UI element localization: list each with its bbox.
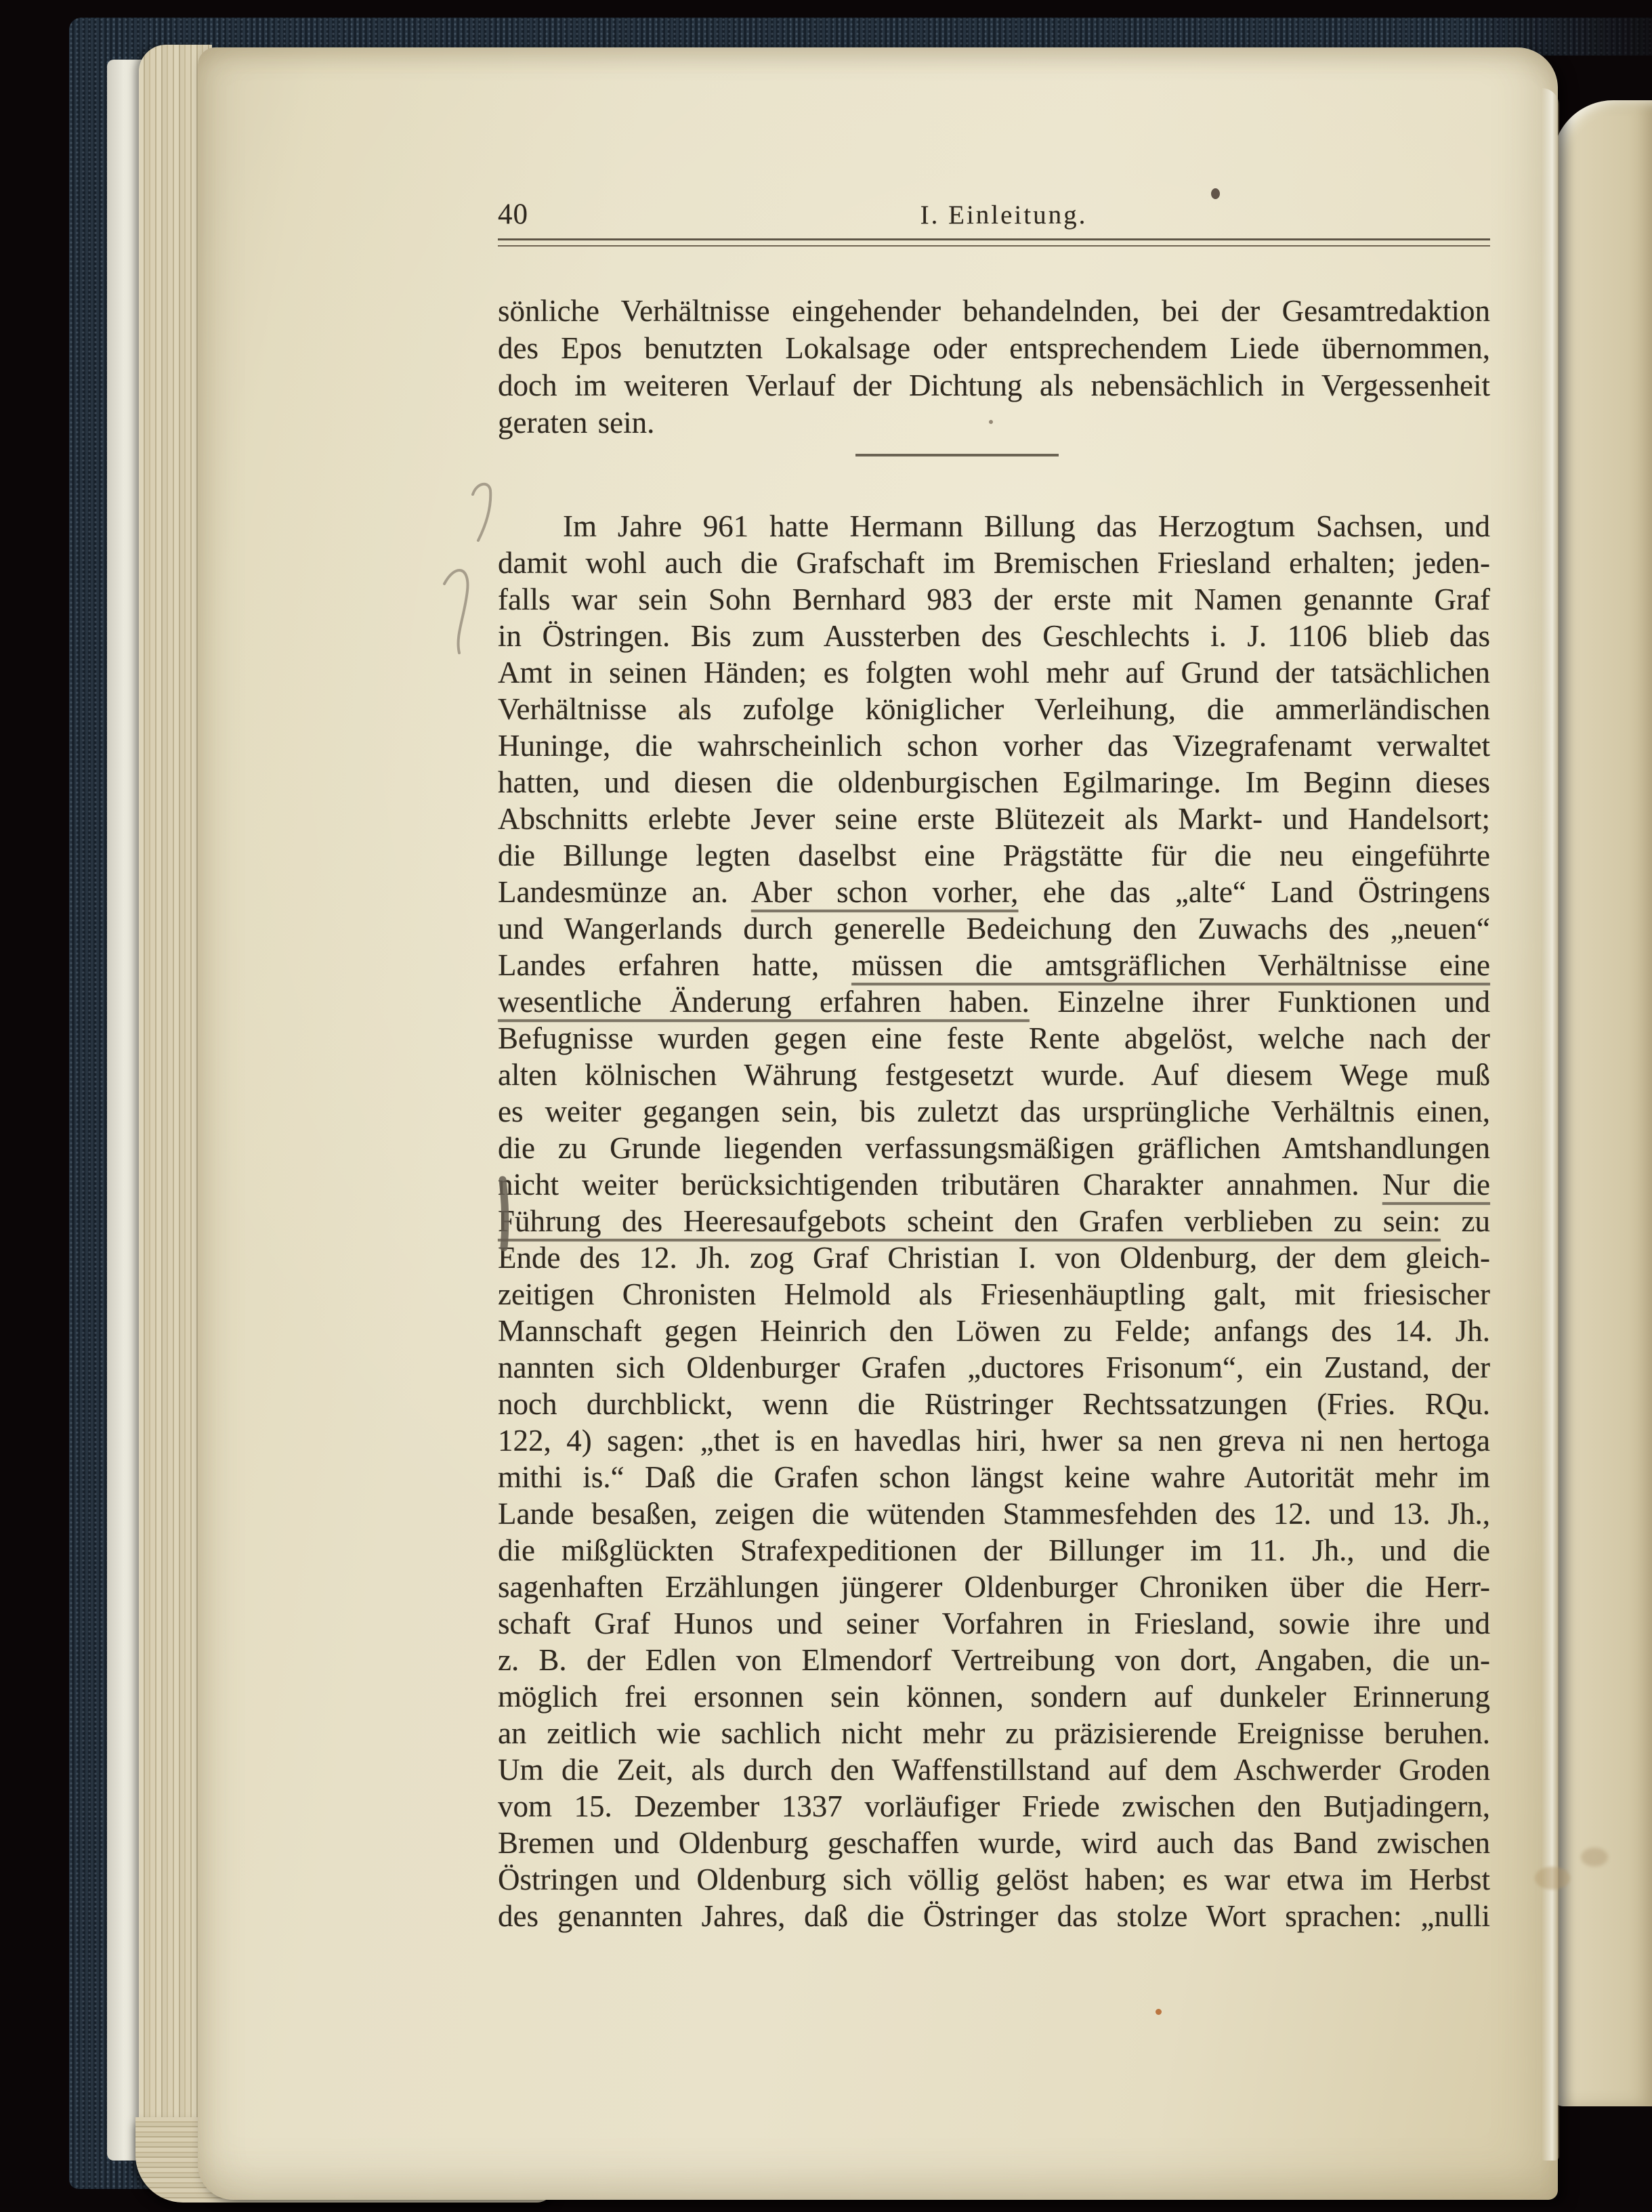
text-line: es weiter gegangen sein, bis zuletzt das… <box>498 1093 1490 1130</box>
text-line: Amt in seinen Händen; es folgten wohl me… <box>498 654 1490 691</box>
printed-text: falls war sein Sohn Bernhard 983 der ers… <box>498 582 1490 616</box>
text-line: möglich frei ersonnen sein können, sonde… <box>498 1678 1490 1715</box>
text-line: des genannten Jahres, daß die Östringer … <box>498 1898 1490 1934</box>
stain <box>1156 2009 1162 2015</box>
printed-text: Abschnitts erlebte Jever seine erste Blü… <box>498 802 1490 836</box>
text-line: nicht weiter berücksichtigenden tributär… <box>498 1166 1490 1203</box>
text-line: schaft Graf Hunos und seiner Vorfahren i… <box>498 1605 1490 1642</box>
pencil-underlined-text: Führung des Heeresaufgebots scheint den … <box>498 1204 1441 1238</box>
printed-text: damit wohl auch die Grafschaft im Bremis… <box>498 546 1490 580</box>
printed-text: Huninge, die wahrscheinlich schon vorher… <box>498 729 1490 763</box>
printed-text: zu <box>1441 1204 1490 1238</box>
printed-text: Mannschaft gegen Heinrich den Löwen zu F… <box>498 1314 1490 1348</box>
text-line: die Billunge legten daselbst eine Prägst… <box>498 837 1490 874</box>
stain <box>989 420 993 424</box>
text-line: falls war sein Sohn Bernhard 983 der ers… <box>498 581 1490 618</box>
printed-text: mithi is.“ Daß die Grafen schon längst k… <box>498 1460 1490 1494</box>
text-line: geraten sein. <box>498 404 1490 442</box>
printed-text: in Östringen. Bis zum Aussterben des Ges… <box>498 619 1490 653</box>
text-line: Abschnitts erlebte Jever seine erste Blü… <box>498 801 1490 837</box>
pencil-underlined-text: wesentliche Änderung erfahren haben. <box>498 985 1030 1019</box>
text-line: Befugnisse wurden gegen eine feste Rente… <box>498 1020 1490 1057</box>
text-line: z. B. der Edlen von Elmendorf Vertreibun… <box>498 1642 1490 1678</box>
text-line: Landes erfahren hatte, müssen die amtsgr… <box>498 947 1490 983</box>
text-line: in Östringen. Bis zum Aussterben des Ges… <box>498 618 1490 654</box>
printed-text: die zu Grunde liegenden verfassungsmäßig… <box>498 1131 1490 1165</box>
text-line: 122, 4) sagen: „thet is en havedlas hiri… <box>498 1422 1490 1459</box>
printed-text: Verhältnisse als zufolge königlicher Ver… <box>498 692 1490 726</box>
printed-text: doch im weiteren Verlauf der Dichtung al… <box>498 368 1490 402</box>
text-line: Ende des 12. Jh. zog Graf Christian I. v… <box>498 1239 1490 1276</box>
text-line: Verhältnisse als zufolge königlicher Ver… <box>498 691 1490 727</box>
printed-text: und Wangerlands durch generelle Bedeichu… <box>498 912 1490 945</box>
printed-text: sagenhaften Erzählungen jüngerer Oldenbu… <box>498 1570 1490 1604</box>
text-line: Führung des Heeresaufgebots scheint den … <box>498 1203 1490 1239</box>
text-line: doch im weiteren Verlauf der Dichtung al… <box>498 367 1490 404</box>
text-line: Mannschaft gegen Heinrich den Löwen zu F… <box>498 1313 1490 1349</box>
printed-text: Befugnisse wurden gegen eine feste Rente… <box>498 1021 1490 1055</box>
text-line: des Epos benutzten Lokalsage oder entspr… <box>498 330 1490 367</box>
text-line: vom 15. Dezember 1337 vorläufiger Friede… <box>498 1788 1490 1825</box>
text-line: Um die Zeit, als durch den Waffenstillst… <box>498 1751 1490 1788</box>
page-header: 40 I. Einleitung. <box>498 198 1490 232</box>
printed-text: nicht weiter berücksichtigenden tributär… <box>498 1168 1382 1201</box>
text-line: Lande besaßen, zeigen die wütenden Stamm… <box>498 1495 1490 1532</box>
text-line: mithi is.“ Daß die Grafen schon längst k… <box>498 1459 1490 1495</box>
printed-text: Östringen und Oldenburg sich völlig gelö… <box>498 1863 1490 1896</box>
stain <box>683 708 688 714</box>
printed-text: Einzelne ihrer Funktionen und <box>1030 985 1490 1019</box>
printed-text: an zeitlich wie sachlich nicht mehr zu p… <box>498 1716 1490 1750</box>
printed-text: hatten, und diesen die oldenburgischen E… <box>498 765 1490 799</box>
paragraph-continuation: sönliche Verhältnisse eingehender behand… <box>498 293 1490 442</box>
printed-text: Bremen und Oldenburg geschaffen wurde, w… <box>498 1826 1490 1860</box>
paragraph-main: Im Jahre 961 hatte Hermann Billung das H… <box>498 508 1490 1934</box>
text-line: Östringen und Oldenburg sich völlig gelö… <box>498 1861 1490 1898</box>
text-line: sönliche Verhältnisse eingehender behand… <box>498 293 1490 330</box>
printed-text: Lande besaßen, zeigen die wütenden Stamm… <box>498 1497 1490 1531</box>
printed-text: 122, 4) sagen: „thet is en havedlas hiri… <box>498 1424 1490 1458</box>
printed-text: zeitigen Chronisten Helmold als Friesenh… <box>498 1277 1490 1311</box>
text-line: alten kölnischen Währung festgesetzt wur… <box>498 1057 1490 1093</box>
text-line: an zeitlich wie sachlich nicht mehr zu p… <box>498 1715 1490 1751</box>
next-page-sliver <box>1552 100 1652 2106</box>
printed-text: die Billunge legten daselbst eine Prägst… <box>498 838 1490 872</box>
printed-text: Landes erfahren hatte, <box>498 948 851 982</box>
running-title: I. Einleitung. <box>523 200 1485 230</box>
printed-text: ehe das „alte“ Land Östringens <box>1018 875 1490 909</box>
printed-text: des Epos benutzten Lokalsage oder entspr… <box>498 331 1490 365</box>
printed-text: Um die Zeit, als durch den Waffenstillst… <box>498 1753 1490 1787</box>
text-line: zeitigen Chronisten Helmold als Friesenh… <box>498 1276 1490 1313</box>
text-line: die mißglückten Strafexpeditionen der Bi… <box>498 1532 1490 1569</box>
text-line: Huninge, die wahrscheinlich schon vorher… <box>498 727 1490 764</box>
printed-text: schaft Graf Hunos und seiner Vorfahren i… <box>498 1607 1490 1640</box>
section-divider <box>855 454 1059 456</box>
text-line: wesentliche Änderung erfahren haben. Ein… <box>498 983 1490 1020</box>
stain <box>1535 1867 1570 1890</box>
printed-text: Im Jahre 961 hatte Hermann Billung das H… <box>563 509 1490 543</box>
pencil-underlined-text: müssen die amtsgräflichen Verhältnisse e… <box>851 948 1490 982</box>
text-line: Bremen und Oldenburg geschaffen wurde, w… <box>498 1825 1490 1861</box>
text-line: sagenhaften Erzählungen jüngerer Oldenbu… <box>498 1569 1490 1605</box>
text-line: damit wohl auch die Grafschaft im Bremis… <box>498 545 1490 581</box>
printed-text: alten kölnischen Währung festgesetzt wur… <box>498 1058 1490 1092</box>
text-line: nannten sich Oldenburger Grafen „ductore… <box>498 1349 1490 1386</box>
page-text-block: 40 I. Einleitung. sönliche Verhältnisse … <box>498 198 1490 1934</box>
printed-text: Landesmünze an. <box>498 875 751 909</box>
pencil-underlined-text: Nur die <box>1382 1168 1490 1201</box>
printed-text: nannten sich Oldenburger Grafen „ductore… <box>498 1350 1490 1384</box>
printed-text: noch durchblickt, wenn die Rüstringer Re… <box>498 1387 1490 1421</box>
printed-text: sönliche Verhältnisse eingehender behand… <box>498 294 1490 328</box>
stain <box>1211 188 1220 199</box>
pencil-underlined-text: Aber schon vorher, <box>751 875 1019 909</box>
text-line: Landesmünze an. Aber schon vorher, ehe d… <box>498 874 1490 910</box>
printed-text: Amt in seinen Händen; es folgten wohl me… <box>498 656 1490 689</box>
text-line: hatten, und diesen die oldenburgischen E… <box>498 764 1490 801</box>
printed-text: vom 15. Dezember 1337 vorläufiger Friede… <box>498 1789 1490 1823</box>
printed-text: z. B. der Edlen von Elmendorf Vertreibun… <box>498 1643 1490 1677</box>
text-line: Im Jahre 961 hatte Hermann Billung das H… <box>498 508 1490 545</box>
printed-text: Ende des 12. Jh. zog Graf Christian I. v… <box>498 1241 1490 1275</box>
printed-text: des genannten Jahres, daß die Östringer … <box>498 1899 1490 1933</box>
text-line: noch durchblickt, wenn die Rüstringer Re… <box>498 1386 1490 1422</box>
stain <box>1581 1848 1608 1867</box>
page-curl-highlight <box>1542 88 1559 2161</box>
printed-text: möglich frei ersonnen sein können, sonde… <box>498 1680 1490 1714</box>
printed-text: geraten sein. <box>498 406 654 440</box>
scan-background: 40 I. Einleitung. sönliche Verhältnisse … <box>0 0 1652 2212</box>
text-line: die zu Grunde liegenden verfassungsmäßig… <box>498 1130 1490 1166</box>
text-line: und Wangerlands durch generelle Bedeichu… <box>498 910 1490 947</box>
header-rule <box>498 238 1490 247</box>
printed-text: die mißglückten Strafexpeditionen der Bi… <box>498 1533 1490 1567</box>
printed-text: es weiter gegangen sein, bis zuletzt das… <box>498 1094 1490 1128</box>
